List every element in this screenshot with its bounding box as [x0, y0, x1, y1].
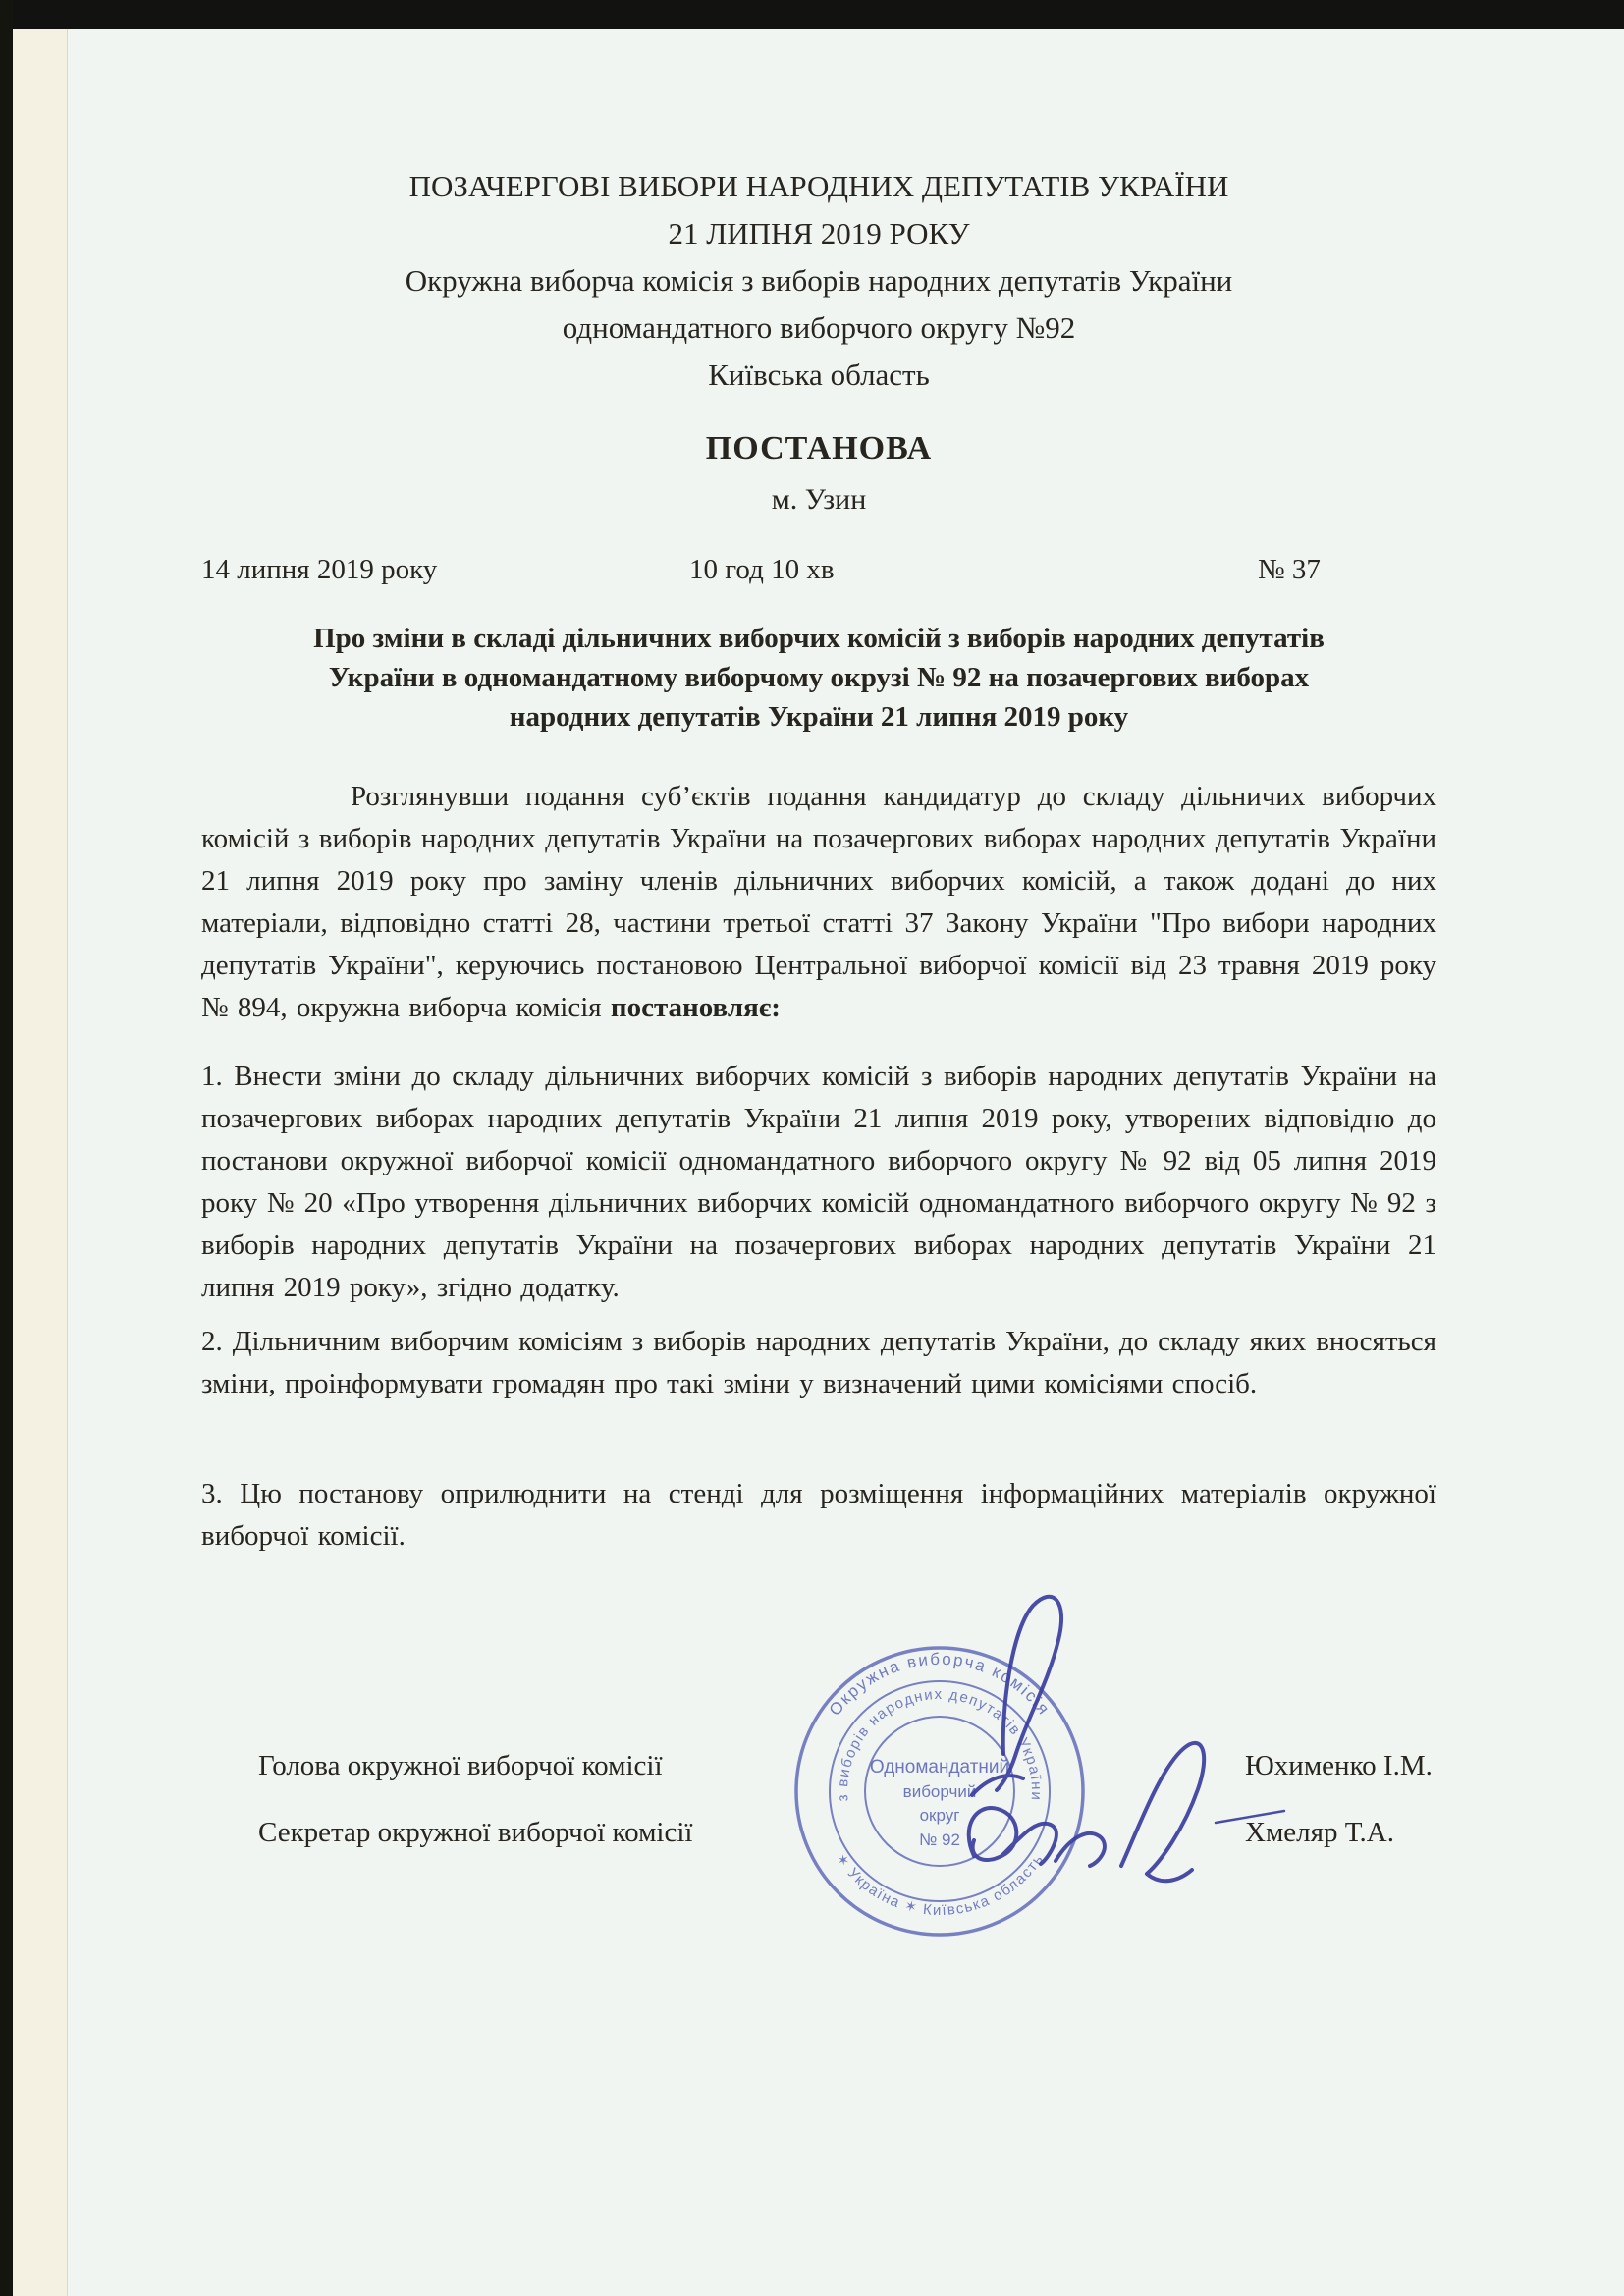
header-line-4: одномандатного виборчого округу №92 — [201, 304, 1436, 352]
subject-line-3: народних депутатів України 21 липня 2019… — [201, 697, 1436, 737]
signature-name-secretary: Хмеляр Т.А. — [1245, 1817, 1394, 1849]
place-line: м. Узин — [201, 483, 1436, 517]
resolution-item-2: 2. Дільничним виборчим комісіям з виборі… — [201, 1321, 1436, 1405]
document-content: ПОЗАЧЕРГОВІ ВИБОРИ НАРОДНИХ ДЕПУТАТІВ УК… — [201, 0, 1436, 2296]
signature-title-chairman: Голова окружної виборчої комісії — [258, 1750, 663, 1782]
meta-number: № 37 — [1258, 554, 1321, 586]
scan-edge-left — [0, 0, 13, 2296]
meta-row: 14 липня 2019 року 10 год 10 хв № 37 — [201, 554, 1436, 593]
document-header: ПОЗАЧЕРГОВІ ВИБОРИ НАРОДНИХ ДЕПУТАТІВ УК… — [201, 163, 1436, 399]
header-line-2: 21 ЛИПНЯ 2019 РОКУ — [201, 210, 1436, 257]
intro-text: Розглянувши подання суб’єктів подання ка… — [201, 781, 1436, 1023]
intro-paragraph: Розглянувши подання суб’єктів подання ка… — [201, 776, 1436, 1029]
scan-margin-strip — [13, 29, 68, 2296]
subject-line-2: України в одномандатному виборчому окруз… — [201, 658, 1436, 697]
subject-line-1: Про зміни в складі дільничних виборчих к… — [201, 619, 1436, 658]
header-line-3: Окружна виборча комісія з виборів народн… — [201, 257, 1436, 304]
signature-name-chairman: Юхименко І.М. — [1245, 1750, 1433, 1782]
resolution-item-3: 3. Цю постанову оприлюднити на стенді дл… — [201, 1473, 1436, 1558]
header-line-1: ПОЗАЧЕРГОВІ ВИБОРИ НАРОДНИХ ДЕПУТАТІВ УК… — [201, 163, 1436, 210]
header-line-5: Київська область — [201, 352, 1436, 399]
meta-date: 14 липня 2019 року — [201, 554, 437, 586]
resolution-item-1: 1. Внести зміни до складу дільничних виб… — [201, 1056, 1436, 1309]
signature-title-secretary: Секретар окружної виборчої комісії — [258, 1817, 692, 1849]
intro-bold-word: постановляє: — [611, 992, 781, 1023]
subject-heading: Про зміни в складі дільничних виборчих к… — [201, 619, 1436, 737]
meta-time: 10 год 10 хв — [689, 554, 835, 586]
document-type-title: ПОСТАНОВА — [201, 430, 1436, 467]
